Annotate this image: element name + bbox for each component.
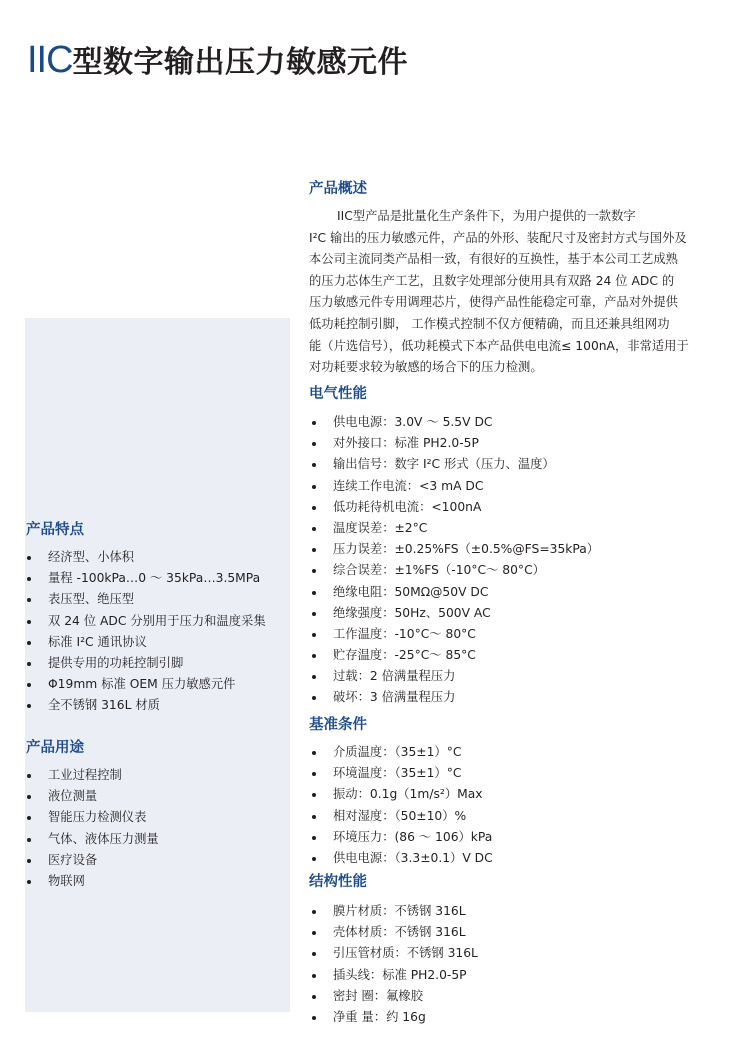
title-accent: IIC: [27, 39, 73, 81]
overview-line: IIC型产品是批量化生产条件下，为用户提供的一款数字: [309, 206, 701, 228]
overview-line: 低功耗控制引脚， 工作模式控制不仅方便精确，而且还兼具组网功: [309, 314, 701, 336]
list-item-text: 介质温度：（35±1）°C: [333, 742, 461, 763]
bullet-icon: [27, 556, 31, 560]
list-item-text: 连续工作电流：<3 mA DC: [333, 476, 483, 497]
list-item-text: 输出信号：数字 I²C 形式（压力、温度）: [333, 454, 555, 475]
overview-line: 对功耗要求较为敏感的场合下的压力检测。: [309, 357, 701, 379]
list-item-text: 振动：0.1g（1m/s²）Max: [333, 784, 483, 805]
list-item-text: 破坏：3 倍满量程压力: [333, 687, 455, 708]
list-item-text: 贮存温度：-25°C～ 85°C: [333, 645, 476, 666]
overview-line: 的压力芯体生产工艺，且数字处理部分使用具有双路 24 位 ADC 的: [309, 271, 701, 293]
list-item-text: 压力误差：±0.25%FS（±0.5%@FS=35kPa）: [333, 539, 599, 560]
reference-heading: 基准条件: [309, 715, 367, 735]
bullet-icon: [312, 995, 316, 999]
list-item-text: 工作温度：-10°C～ 80°C: [333, 624, 476, 645]
list-item-text: 提供专用的功耗控制引脚: [48, 653, 183, 674]
list-item-text: 经济型、小体积: [48, 547, 134, 568]
electrical-heading: 电气性能: [309, 384, 367, 404]
overview-line: I²C 输出的压力敏感元件，产品的外形、装配尺寸及密封方式与国外及: [309, 228, 701, 250]
overview-heading: 产品概述: [309, 179, 367, 199]
list-item-text: 气体、液体压力测量: [48, 829, 159, 850]
bullet-icon: [312, 485, 316, 489]
list-item-text: 医疗设备: [48, 850, 97, 871]
bullet-icon: [312, 696, 316, 700]
list-item-text: 供电电源：（3.3±0.1）V DC: [333, 848, 493, 869]
list-item-text: 绝缘强度：50Hz、500V AC: [333, 603, 491, 624]
list-item-text: 全不锈钢 316L 材质: [48, 695, 160, 716]
bullet-icon: [312, 857, 316, 861]
bullet-icon: [27, 880, 31, 884]
bullet-icon: [312, 654, 316, 658]
applications-heading: 产品用途: [26, 738, 84, 758]
bullet-icon: [312, 815, 316, 819]
bullet-icon: [312, 633, 316, 637]
list-item-text: 过载：2 倍满量程压力: [333, 666, 455, 687]
bullet-icon: [312, 612, 316, 616]
features-heading: 产品特点: [26, 520, 84, 540]
bullet-icon: [312, 952, 316, 956]
overview-paragraph: IIC型产品是批量化生产条件下，为用户提供的一款数字 I²C 输出的压力敏感元件…: [309, 206, 701, 379]
list-item-text: 物联网: [48, 871, 85, 892]
list-item-text: 引压管材质：不锈钢 316L: [333, 943, 478, 964]
bullet-icon: [312, 463, 316, 467]
bullet-icon: [27, 641, 31, 645]
list-item-text: 双 24 位 ADC 分别用于压力和温度采集: [48, 611, 266, 632]
list-item-text: 供电电源：3.0V ～ 5.5V DC: [333, 412, 493, 433]
bullet-icon: [312, 772, 316, 776]
bullet-icon: [312, 421, 316, 425]
bullet-icon: [312, 442, 316, 446]
bullet-icon: [27, 774, 31, 778]
bullet-icon: [312, 751, 316, 755]
list-item-text: 密封 圈：氟橡胶: [333, 986, 423, 1007]
title-rest: 型数字输出压力敏感元件: [73, 45, 409, 80]
list-item-text: 相对湿度：（50±10）%: [333, 806, 466, 827]
bullet-icon: [312, 974, 316, 978]
page-title: IIC型数字输出压力敏感元件: [27, 38, 408, 85]
bullet-icon: [312, 931, 316, 935]
bullet-icon: [27, 838, 31, 842]
bullet-icon: [27, 859, 31, 863]
bullet-icon: [312, 910, 316, 914]
bullet-icon: [27, 662, 31, 666]
list-item-text: 智能压力检测仪表: [48, 807, 146, 828]
bullet-icon: [312, 527, 316, 531]
bullet-icon: [312, 506, 316, 510]
list-item-text: 综合误差：±1%FS（-10°C～ 80°C）: [333, 560, 545, 581]
list-item-text: 温度误差：±2°C: [333, 518, 427, 539]
list-item-text: 对外接口：标准 PH2.0-5P: [333, 433, 479, 454]
overview-line: 本公司主流同类产品相一致，有很好的互换性，基于本公司工艺成熟: [309, 249, 701, 271]
bullet-icon: [312, 591, 316, 595]
bullet-icon: [312, 793, 316, 797]
list-item-text: 壳体材质：不锈钢 316L: [333, 922, 466, 943]
list-item-text: 低功耗待机电流：<100nA: [333, 497, 481, 518]
list-item-text: 表压型、绝压型: [48, 589, 134, 610]
list-item-text: 工业过程控制: [48, 765, 122, 786]
overview-line: 压力敏感元件专用调理芯片，使得产品性能稳定可靠，产品对外提供: [309, 292, 701, 314]
list-item-text: 标准 I²C 通讯协议: [48, 632, 147, 653]
bullet-icon: [312, 836, 316, 840]
list-item-text: 环境温度：（35±1）°C: [333, 763, 461, 784]
list-item-text: 液位测量: [48, 786, 97, 807]
list-item-text: 绝缘电阻：50MΩ@50V DC: [333, 582, 488, 603]
bullet-icon: [27, 620, 31, 624]
bullet-icon: [312, 1016, 316, 1020]
list-item-text: 插头线：标准 PH2.0-5P: [333, 965, 467, 986]
bullet-icon: [312, 548, 316, 552]
bullet-icon: [312, 675, 316, 679]
list-item-text: Φ19mm 标准 OEM 压力敏感元件: [48, 674, 235, 695]
list-item-text: 环境压力：(86 ～ 106）kPa: [333, 827, 492, 848]
structure-heading: 结构性能: [309, 872, 367, 892]
list-item-text: 量程 -100kPa…0 ～ 35kPa…3.5MPa: [48, 568, 260, 589]
list-item-text: 膜片材质：不锈钢 316L: [333, 901, 466, 922]
bullet-icon: [312, 569, 316, 573]
overview-line: 能（片选信号），低功耗模式下本产品供电电流≤ 100nA，非常适用于: [309, 336, 701, 358]
list-item-text: 净重 量：约 16g: [333, 1007, 426, 1028]
